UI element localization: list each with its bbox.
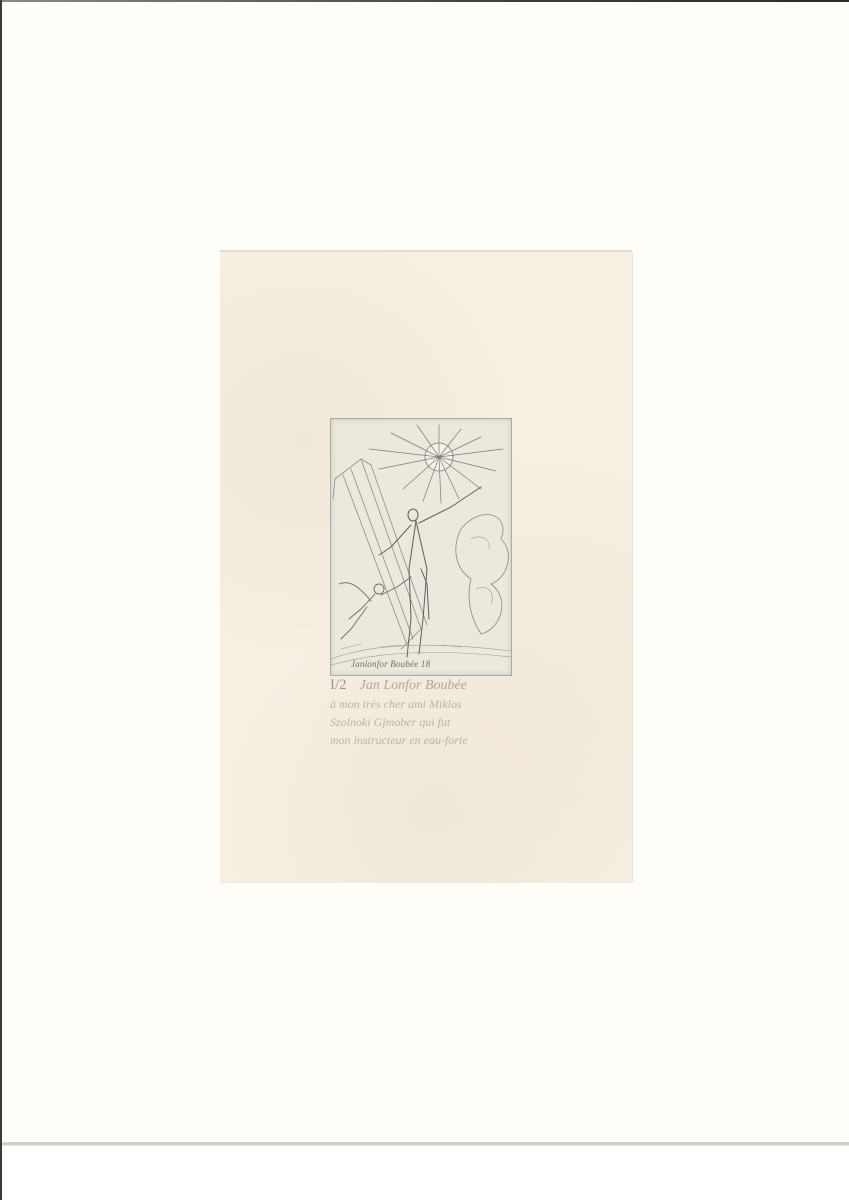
scanner-bed (2, 1146, 849, 1200)
dedication-line: mon instructeur en eau-forte (330, 731, 530, 749)
edition-number: I/2 (330, 677, 347, 693)
scanner-top-edge (0, 0, 849, 2)
pencil-inscription: I/2 Jan Lonfor Boubée à mon très cher am… (330, 676, 530, 749)
etching-image (331, 419, 511, 675)
scanned-print: Janlonfor Boubée 18 I/2 Jan Lonfor Boubé… (0, 0, 849, 1200)
dedication-line: Szolnoki Gjmober qui fut (330, 713, 530, 731)
scanner-left-edge (0, 0, 2, 1200)
plate-signature: Janlonfor Boubée 18 (351, 659, 430, 669)
dedication-line: à mon très cher ami Miklos (330, 695, 530, 713)
artist-signature: Jan Lonfor Boubée (360, 678, 467, 693)
inscription-header: I/2 Jan Lonfor Boubée (330, 676, 530, 695)
etching-plate: Janlonfor Boubée 18 (330, 418, 512, 676)
